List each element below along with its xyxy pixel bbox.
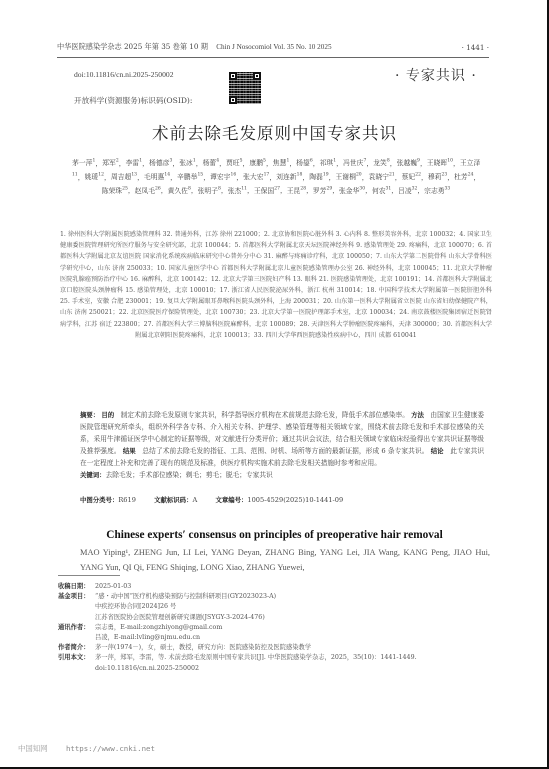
bio-row: 作者简介： 茅一萍(1974－)，女，硕士，教授，研究方向：医院感染防控及医院感… <box>58 643 498 653</box>
author-name: 杜芳24 <box>454 173 473 181</box>
received-label: 收稿日期： <box>58 582 95 592</box>
results-text: 总结了术前去除毛发的指征、工具、范围、时机、场所等方面的最新证据，形成 6 条专… <box>142 447 428 455</box>
author-list: 茅一萍1，郑军2，李雷1，杨德彦3，张冰1，杨蕾4，贾旺5，康鹏5，焦慧1，杨鋆… <box>72 156 480 197</box>
affiliation-number: 6 <box>310 159 313 164</box>
author-name: 辛鹏举15 <box>177 173 203 181</box>
author-name: 祁琪1 <box>320 159 337 167</box>
affiliation-number: 26 <box>155 186 161 191</box>
author-name: 赵凤毛26 <box>135 187 161 195</box>
author-name: 张明子8 <box>198 187 221 195</box>
qr-finder-icon <box>229 96 237 104</box>
fund-value: 江苏省医院协会医院管理创新研究课题(JSYGY-3-2024-476) <box>58 613 498 623</box>
bio-value: 茅一萍(1974－)，女，硕士，教授，研究方向：医院感染防控及医院感染教学 <box>95 643 498 653</box>
author-name: 何农31 <box>372 187 391 195</box>
keywords-value: 去除毛发；手术部位感染；剃毛；剪毛；脱毛；专家共识 <box>106 471 273 479</box>
author-name: 陶磊19 <box>309 173 328 181</box>
affiliation-number: 11 <box>241 186 247 191</box>
affiliation-number: 1 <box>333 159 336 164</box>
doi[interactable]: doi:10.11816/cn.ni.2025-250002 <box>74 70 174 79</box>
qr-finder-icon <box>253 72 261 80</box>
author-name: 刘连新18 <box>276 173 302 181</box>
fund-label: 基金项目： <box>58 592 95 602</box>
author-name: 宗志勇33 <box>424 187 450 195</box>
qr-code-icon[interactable] <box>229 72 261 104</box>
affiliation-number: 1 <box>286 159 289 164</box>
results-label: 结果 <box>123 447 136 455</box>
affiliation-number: 24 <box>468 173 474 178</box>
author-name: 穆莉23 <box>428 173 447 181</box>
author-name: 毛明惠14 <box>144 173 170 181</box>
author-name: 焦慧1 <box>273 159 290 167</box>
author-name: 李雷1 <box>126 159 143 167</box>
cite-label: 引用本文： <box>58 653 95 663</box>
article-no-value: 1005-4529(2025)10-1441-09 <box>247 496 343 504</box>
affiliation-number: 27 <box>274 186 280 191</box>
author-name: 张冰1 <box>179 159 196 167</box>
running-header: 中华医院感染学杂志 2025 年第 35 卷第 10 期 Chin J Noso… <box>57 40 489 58</box>
author-name: 贾旺5 <box>226 159 243 167</box>
author-name: 蔡妃22 <box>402 173 421 181</box>
fund-row: 基金项目： “感・动中国”医疗机构感染预防与控制科研项目(GY2023023-A… <box>58 592 498 602</box>
author-name: 吕凌32 <box>398 187 417 195</box>
author-name: 姚瑗12 <box>85 173 104 181</box>
methods-label: 方法 <box>411 411 424 419</box>
qr-finder-icon <box>229 72 237 80</box>
author-name: 杨德彦3 <box>149 159 172 167</box>
affiliation-number: 25 <box>122 186 128 191</box>
author-name: 王谢桐20 <box>335 173 361 181</box>
conclusion-label: 结论 <box>431 447 444 455</box>
affiliations: 1. 徐州医科大学附属医院感染管理科 32. 普通外科，江苏 徐州 221000… <box>60 229 492 341</box>
affiliation-number: 1 <box>92 159 95 164</box>
cite-doi[interactable]: doi:10.11816/cn.ni.2025-250002 <box>58 664 498 674</box>
osid-label: 开放科学(资源服务)标识码(OSID): <box>74 95 192 106</box>
author-name: 王保国27 <box>254 187 280 195</box>
author-name: 张越巍9 <box>397 159 420 167</box>
footnote-divider <box>58 575 120 576</box>
author-name: 罗芳29 <box>313 187 332 195</box>
affiliation-number: 19 <box>323 173 329 178</box>
affiliation-number: 8 <box>387 159 390 164</box>
cnki-brand: 中国知网 <box>18 744 48 753</box>
affiliation-number: 22 <box>415 173 421 178</box>
affiliation-number: 17 <box>264 173 270 178</box>
author-name: 康鹏5 <box>249 159 266 167</box>
clc-value: R619 <box>118 496 136 504</box>
author-name: 张金华30 <box>339 187 365 195</box>
clc-label: 中图分类号： <box>80 496 118 504</box>
bio-label: 作者简介： <box>58 643 95 653</box>
author-name: 王晓晖10 <box>427 159 453 167</box>
author-name: 郑军2 <box>102 159 119 167</box>
keywords-label: 关键词： <box>80 471 106 479</box>
affiliation-number: 3 <box>169 159 172 164</box>
affiliation-number: 1 <box>139 159 142 164</box>
author-name: 王昆28 <box>287 187 306 195</box>
received-value: 2025-01-03 <box>95 582 498 592</box>
affiliation-number: 29 <box>326 186 332 191</box>
affiliation-number: 14 <box>164 173 170 178</box>
author-name: 龙笑8 <box>373 159 390 167</box>
affiliation-number: 5 <box>240 159 243 164</box>
affiliation-number: 1 <box>193 159 196 164</box>
affiliation-number: 20 <box>356 173 362 178</box>
affiliation-number: 16 <box>231 173 237 178</box>
article-title: 术前去除毛发原则中国专家共识 <box>0 120 549 144</box>
corresponding-value[interactable]: 宗志勇，E-mail:zongzhiyong@gmail.com <box>95 623 498 633</box>
affiliation-number: 5 <box>263 159 266 164</box>
cnki-url[interactable]: https://www.cnki.net <box>66 744 155 753</box>
author-name: 陈荣珠25 <box>102 187 128 195</box>
affiliation-number: 13 <box>131 173 137 178</box>
affiliation-number: 21 <box>389 173 395 178</box>
column-tag: · 专家共识 · <box>395 65 477 85</box>
affiliation-number: 2 <box>116 159 119 164</box>
doc-code-label: 文献标识码： <box>154 496 192 504</box>
affiliation-number: 8 <box>218 186 221 191</box>
journal-name-en: Chin J Nosocomiol Vol. 35 No. 10 2025 <box>216 43 331 51</box>
footnotes: 收稿日期： 2025-01-03 基金项目： “感・动中国”医疗机构感染预防与控… <box>58 582 498 674</box>
cnki-watermark: 中国知网 https://www.cnki.net <box>18 743 155 754</box>
author-name: 张杰11 <box>228 187 247 195</box>
affiliation-number: 12 <box>98 173 104 178</box>
abstract-label: 摘要： <box>80 411 99 419</box>
doc-code-value: A <box>192 496 197 504</box>
fund-value: 中疾控环协合同[2024]26 号 <box>58 602 498 612</box>
citation-row: 引用本文： 茅一萍，郑军，李雷，等. 术前去除毛发原则中国专家共识[J]. 中华… <box>58 653 498 663</box>
author-name: 茅一萍1 <box>72 159 95 167</box>
corresponding-row: 通讯作者： 宗志勇，E-mail:zongzhiyong@gmail.com <box>58 623 498 633</box>
affiliation-number: 4 <box>216 159 219 164</box>
affiliation-number: 7 <box>363 159 366 164</box>
received-date-row: 收稿日期： 2025-01-03 <box>58 582 498 592</box>
cite-value: 茅一萍，郑军，李雷，等. 术前去除毛发原则中国专家共识[J]. 中华医院感染学杂… <box>95 653 498 663</box>
fund-value: “感・动中国”医疗机构感染预防与控制科研项目(GY2023023-A) <box>95 592 498 602</box>
article-no-label: 文章编号： <box>215 496 247 504</box>
affiliation-number: 10 <box>447 159 453 164</box>
affiliation-number: 33 <box>445 186 451 191</box>
affiliation-number: 8 <box>188 186 191 191</box>
corresponding-label: 通讯作者： <box>58 623 95 633</box>
corresponding-value[interactable]: 吕凌，E-mail:lvling@njmu.edu.cn <box>58 633 498 643</box>
author-name: 冯世庆7 <box>343 159 366 167</box>
objective-text: 制定术前去除毛发原则专家共识，科学指导医疗机构在术前规范去除毛发，降低手术部位感… <box>121 411 409 419</box>
author-name: 张大宏17 <box>243 173 269 181</box>
author-name: 黄久佐8 <box>168 187 191 195</box>
affiliation-number: 30 <box>359 186 365 191</box>
author-name: 周吉超13 <box>111 173 137 181</box>
classification-line: 中图分类号：R619 文献标识码：A 文章编号：1005-4529(2025)1… <box>80 495 343 504</box>
affiliation-number: 11 <box>72 173 78 178</box>
objective-label: 目的 <box>101 411 114 419</box>
affiliation-number: 15 <box>197 173 203 178</box>
affiliation-number: 31 <box>386 186 392 191</box>
affiliation-number: 23 <box>442 173 448 178</box>
affiliation-number: 9 <box>417 159 420 164</box>
author-name: 谭宏宇16 <box>210 173 236 181</box>
affiliation-number: 18 <box>297 173 303 178</box>
journal-name-cn: 中华医院感染学杂志 2025 年第 35 卷第 10 期 <box>57 42 208 51</box>
affiliation-number: 32 <box>412 186 418 191</box>
affiliation-number: 28 <box>300 186 306 191</box>
abstract: 摘要： 目的 制定术前去除毛发原则专家共识，科学指导医疗机构在术前规范去除毛发，… <box>80 409 484 482</box>
author-name: 袁晓宁21 <box>369 173 395 181</box>
english-authors: MAO Yiping¹, ZHENG Jun, LI Lei, YANG Dey… <box>80 546 490 575</box>
author-name: 杨蕾4 <box>203 159 220 167</box>
page-number: · 1441 · <box>462 43 489 52</box>
author-name: 杨鋆6 <box>296 159 313 167</box>
english-title: Chinese experts′ consensus on principles… <box>0 529 549 541</box>
